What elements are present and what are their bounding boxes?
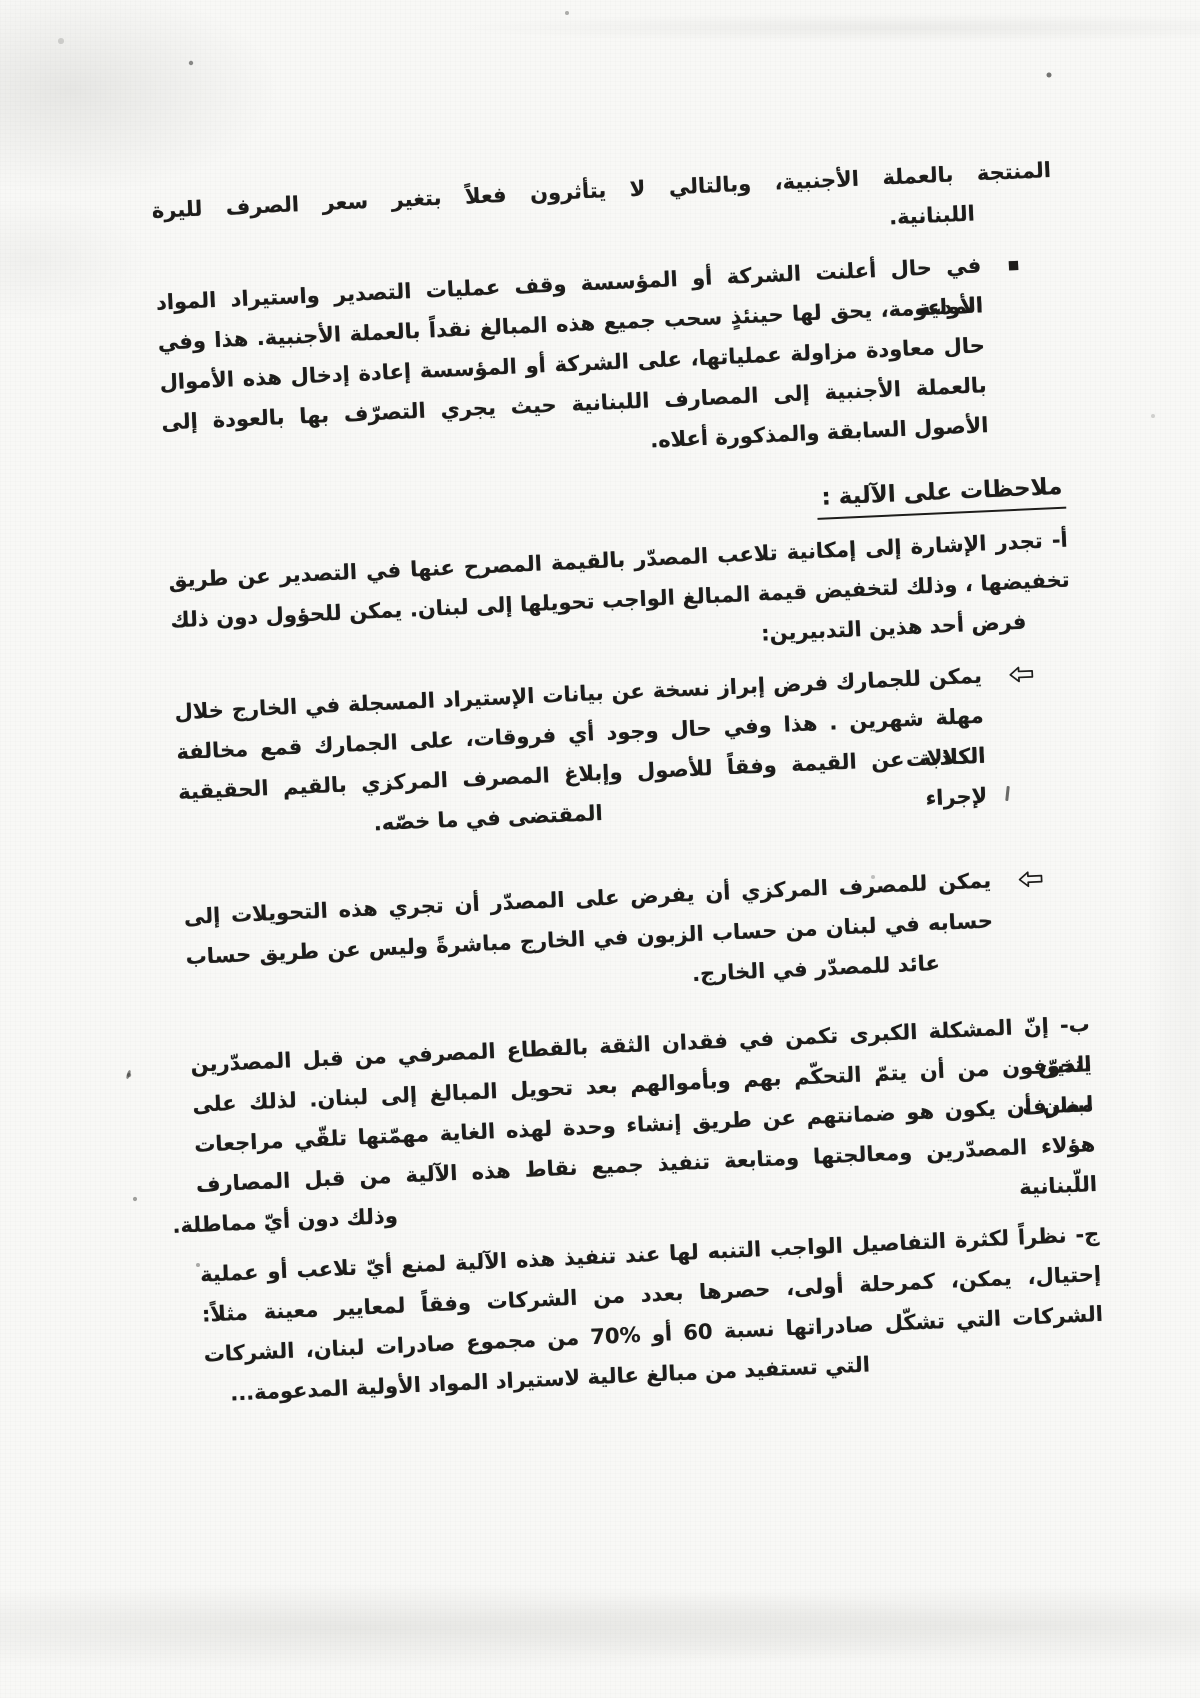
- text-line: وذلك دون أيّ مماطلة.: [197, 1196, 399, 1245]
- line-text: اللبنانية.: [888, 201, 975, 229]
- item-marker: ب-: [1059, 1012, 1090, 1037]
- line-text: عائد للمصدّر في الخارج.: [692, 951, 941, 986]
- scan-artifact-mark: [126, 1070, 132, 1079]
- item-marker: ج-: [1075, 1222, 1100, 1247]
- item-c: ج- نظراً لكثرة التفاصيل الواجب التنبه له…: [199, 1214, 1105, 1415]
- sub-bullet-customs: يمكن للجمارك فرض إبراز نسخة عن بيانات ال…: [174, 656, 988, 852]
- line-text: ملاحظات على الآلية :: [816, 470, 1067, 520]
- line-text: وذلك دون أيّ مماطلة.: [172, 1204, 398, 1238]
- bullet-paragraph-export-stop: ■في حال أعلنت الشركة أو المؤسسة وقف عملي…: [155, 245, 989, 482]
- line-text: الأصول السابقة والمذكورة أعلاه.: [650, 413, 989, 452]
- line-text: المقتضى في ما خصّه.: [373, 801, 603, 835]
- item-marker: أ-: [1051, 528, 1068, 553]
- left-arrow-bullet-icon: [1008, 653, 1034, 683]
- left-arrow-bullet-icon: [1017, 858, 1043, 888]
- item-b: ب- إنّ المشكلة الكبرى تكمن في فقدان الثق…: [190, 1004, 1098, 1245]
- sub-bullet-central-bank: يمكن للمصرف المركزي أن يفرض على المصدّر …: [183, 860, 996, 1017]
- scanned-page: المنتجة بالعملة الأجنبية، وبالتالي لا يت…: [0, 0, 1200, 1698]
- document-body: المنتجة بالعملة الأجنبية، وبالتالي لا يت…: [151, 150, 1106, 1415]
- line-text: فرض أحد هذين التدبيرين:: [761, 610, 1027, 646]
- scan-artifact-specks: [0, 0, 2, 2]
- square-bullet-icon: ■: [1007, 245, 1020, 285]
